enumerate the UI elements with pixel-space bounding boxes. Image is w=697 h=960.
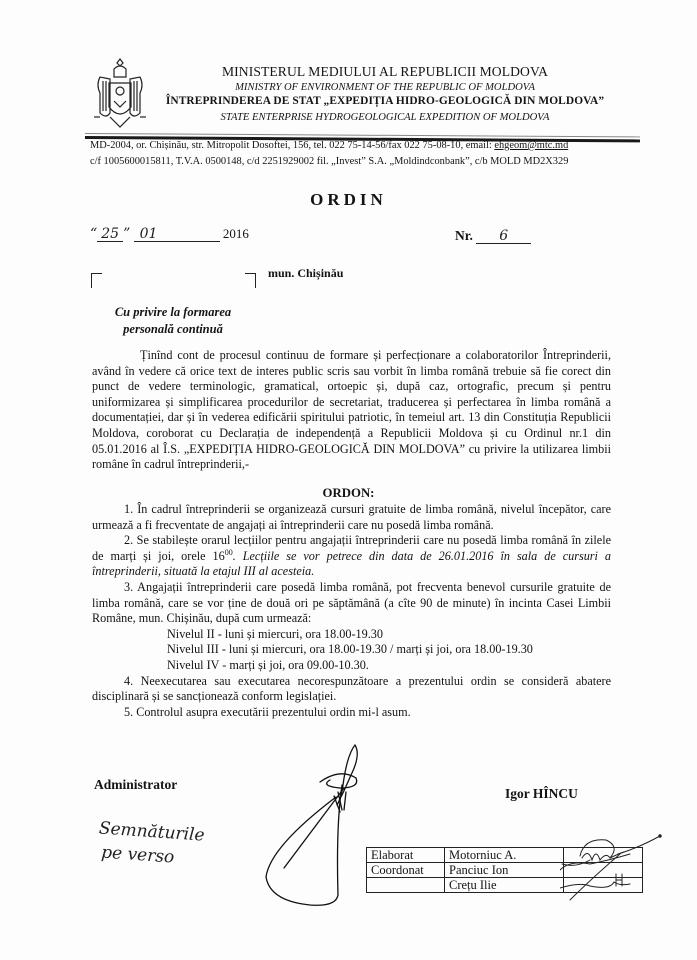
subject-bracket-right [245,273,256,288]
signatory-role: Administrator [94,777,177,793]
order-item-2: 2. Se stabilește orarul lecțiilor pentru… [92,533,611,580]
address-text: MD-2004, or. Chișinău, str. Mitropolit D… [90,140,494,151]
item-2-time-superscript: 00 [225,548,233,557]
intro-text: Ținînd cont de procesul continuu de form… [92,348,611,473]
document-title: ORDIN [0,190,697,210]
order-item-5: 5. Controlul asupra executării prezentul… [92,705,611,721]
order-items: 1. În cadrul întreprinderii se organizea… [92,502,611,720]
document-date: “25” 01 2016 [90,226,249,242]
email-link[interactable]: ehgeom@mtc.md [494,140,568,151]
document-subject: Cu privire la formarea personală continu… [103,304,243,338]
bank-details: c/f 1005600015811, T.V.A. 0500148, c/d 2… [90,156,650,167]
document-city: mun. Chișinău [268,266,343,281]
approval-name: Panciuc Ion [445,863,564,878]
subject-line-1: Cu privire la formarea [103,304,243,321]
date-day: 25 [97,227,123,242]
intro-paragraph: Ținînd cont de procesul continuu de form… [92,348,611,473]
ministry-name-en: MINISTRY OF ENVIRONMENT OF THE REPUBLIC … [150,82,620,93]
approval-role [367,878,445,893]
handwritten-signature [260,740,380,920]
signatory-name: Igor HÎNCU [505,786,578,802]
schedule-level-2: Nivelul II - luni și miercuri, ora 18.00… [92,627,611,643]
approval-role: Elaborat [367,848,445,863]
handwritten-note: Semnăturile pe verso [96,816,205,871]
date-quote-close: ” [123,226,130,242]
number-label: Nr. [455,228,473,243]
order-item-4: 4. Neexecutarea sau executarea necorespu… [92,674,611,705]
approval-name: Motorniuc A. [445,848,564,863]
order-item-3: 3. Angajații întreprinderii care posedă … [92,580,611,627]
document-number: Nr. 6 [455,228,531,244]
enterprise-name-en: STATE ENTERPRISE HYDROGEOLOGICAL EXPEDIT… [150,112,620,123]
subject-line-2: personală continuă [103,321,243,338]
enterprise-name-ro: ÎNTREPRINDEREA DE STAT „EXPEDIȚIA HIDRO-… [150,95,620,107]
ordon-heading: ORDON: [0,486,697,501]
address-line: MD-2004, or. Chișinău, str. Mitropolit D… [90,140,650,151]
ministry-name-ro: MINISTERUL MEDIULUI AL REPUBLICII MOLDOV… [150,64,620,80]
document-page: MINISTERUL MEDIULUI AL REPUBLICII MOLDOV… [0,0,697,960]
schedule-level-4: Nivelul IV - marți și joi, ora 09.00-10.… [92,658,611,674]
moldova-coat-of-arms-icon [92,55,148,131]
date-quote-open: “ [90,226,97,242]
subject-bracket-left [91,273,102,288]
schedule-level-3: Nivelul III - luni și miercuri, ora 18.0… [92,642,611,658]
order-item-1: 1. În cadrul întreprinderii se organizea… [92,502,611,533]
date-month: 01 [134,227,220,242]
approval-signatures [560,834,670,904]
date-year: 2016 [223,226,249,241]
approval-name: Crețu Ilie [445,878,564,893]
number-value: 6 [476,229,531,244]
approval-role: Coordonat [367,863,445,878]
